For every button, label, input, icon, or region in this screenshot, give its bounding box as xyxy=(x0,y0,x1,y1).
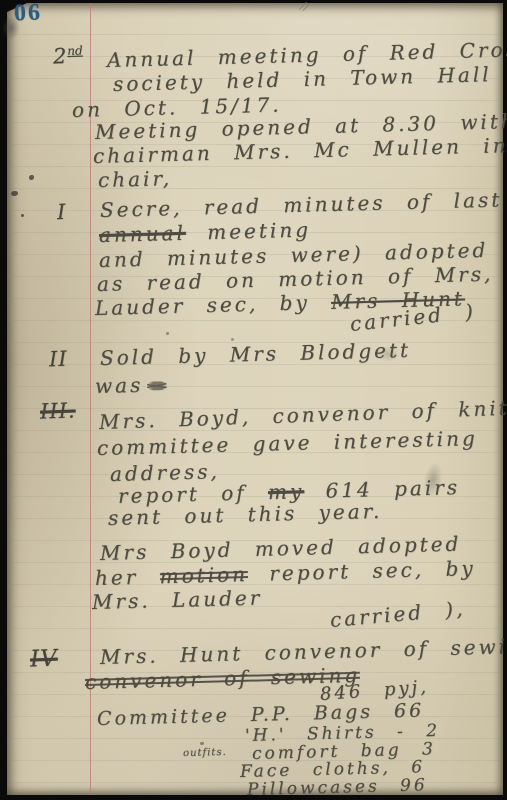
handwritten-line: Mrs. Lauder xyxy=(92,586,263,614)
scanned-minute-book-page: 06 // 2nd Annual meeting of Red Cross so… xyxy=(0,0,507,800)
entry-marker-II: II xyxy=(49,347,68,372)
line-text: Mrs. Lauder xyxy=(92,586,263,614)
handwritten-line: carried ), xyxy=(329,596,466,632)
handwriting-layer: 06 // 2nd Annual meeting of Red Cross so… xyxy=(0,0,507,800)
line-text: report sec, by xyxy=(248,556,476,586)
line-text: Lauder sec, by xyxy=(95,290,332,320)
marker-text: IV xyxy=(30,646,59,673)
line-text: Pillowcases 96 xyxy=(247,775,428,800)
scribble-mark xyxy=(147,381,167,391)
pencil-corner-mark: // xyxy=(299,0,310,14)
line-text: chair, xyxy=(98,166,173,192)
handwritten-line: Sold by Mrs Blodgett xyxy=(100,338,412,370)
line-text: 614 pairs xyxy=(304,475,460,503)
line-text: outfits. xyxy=(183,747,227,759)
outfits-note: outfits. xyxy=(183,747,227,759)
line-text: her xyxy=(95,564,160,590)
line-text: meeting xyxy=(186,217,312,244)
struck-text: motion xyxy=(159,562,248,588)
entry-marker-IV-scribbled: IV xyxy=(30,646,59,673)
line-text: was xyxy=(95,373,144,398)
line-text: carried ), xyxy=(329,596,466,632)
marker-ordinal: nd xyxy=(67,43,83,58)
handwritten-line: was xyxy=(95,372,168,398)
handwritten-line: Pillowcases 96 xyxy=(247,775,428,800)
marker-base: 2 xyxy=(53,44,68,68)
entry-marker-I: I xyxy=(57,200,67,224)
handwritten-line: chair, xyxy=(98,166,173,192)
struck-text: annual xyxy=(99,221,186,247)
line-text: Sold by Mrs Blodgett xyxy=(100,338,412,370)
entry-marker-2nd: 2nd xyxy=(53,43,84,68)
page-number: 06 xyxy=(14,0,43,27)
marker-text: II xyxy=(49,347,68,372)
marker-text: III. xyxy=(40,398,76,423)
entry-marker-III-struck: III. xyxy=(40,398,76,423)
marker-text: I xyxy=(57,200,67,224)
